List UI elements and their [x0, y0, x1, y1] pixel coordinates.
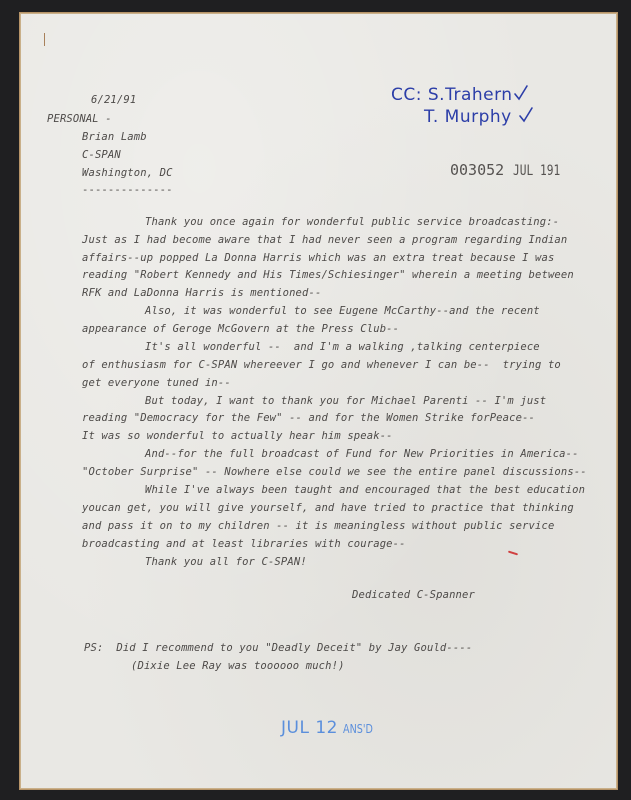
handwritten-cc-line-1: CC: S.Trahern [391, 84, 529, 105]
paper-mark [44, 33, 45, 46]
body-line: Thank you once again for wonderful publi… [145, 213, 559, 231]
answered-stamp-date: JUL 12 [281, 718, 338, 738]
recipient-location: Washington, DC [82, 164, 173, 182]
postscript-line-1: PS: Did I recommend to you "Deadly Decei… [84, 639, 472, 657]
letter-date: 6/21/91 [91, 91, 136, 109]
body-line: Also, it was wonderful to see Eugene McC… [145, 302, 540, 320]
recipient-name: Brian Lamb [82, 128, 147, 146]
body-line: reading "Democracy for the Few" -- and f… [82, 409, 535, 427]
cc-murphy: T. Murphy [424, 107, 512, 127]
received-stamp: 003052 JUL 191 [450, 161, 572, 179]
body-line: RFK and LaDonna Harris is mentioned-- [82, 284, 321, 302]
checkmark-icon [513, 84, 529, 102]
body-line: And--for the full broadcast of Fund for … [145, 445, 579, 463]
body-line: youcan get, you will give yourself, and … [82, 499, 574, 517]
body-line: It's all wonderful -- and I'm a walking … [145, 338, 540, 356]
header-separator: -------------- [82, 181, 173, 199]
letter-closing: Dedicated C-Spanner [352, 586, 475, 604]
received-stamp-date: JUL 191 [513, 163, 560, 179]
body-line: of enthusiasm for C-SPAN whereever I go … [82, 356, 561, 374]
recipient-organization: C-SPAN [82, 146, 121, 164]
body-line: get everyone tuned in-- [82, 374, 231, 392]
body-line: But today, I want to thank you for Micha… [145, 392, 546, 410]
body-line: "October Surprise" -- Nowhere else could… [82, 463, 587, 481]
body-line: affairs--up popped La Donna Harris which… [82, 249, 554, 267]
body-line: reading "Robert Kennedy and His Times/Sc… [82, 266, 574, 284]
answered-stamp: JUL 12 ANS'D [281, 718, 380, 738]
body-line: and pass it on to my children -- it is m… [82, 517, 554, 535]
scan-frame: 6/21/91 PERSONAL - Brian Lamb C-SPAN Was… [0, 0, 631, 800]
cc-traherm: CC: S.Trahern [391, 85, 513, 105]
body-line: broadcasting and at least libraries with… [82, 535, 406, 553]
answered-stamp-label: ANS'D [343, 722, 373, 736]
body-line: Just as I had become aware that I had ne… [82, 231, 567, 249]
received-stamp-number: 003052 [450, 161, 504, 179]
body-line: appearance of Geroge McGovern at the Pre… [82, 320, 399, 338]
handwritten-cc-line-2: T. Murphy [424, 106, 534, 127]
body-line: It was so wonderful to actually hear him… [82, 427, 393, 445]
body-line: While I've always been taught and encour… [145, 481, 585, 499]
body-line: Thank you all for C-SPAN! [145, 553, 307, 571]
personal-label: PERSONAL - [47, 110, 112, 128]
postscript-line-2: (Dixie Lee Ray was toooooo much!) [131, 657, 345, 675]
checkmark-icon [518, 106, 534, 124]
